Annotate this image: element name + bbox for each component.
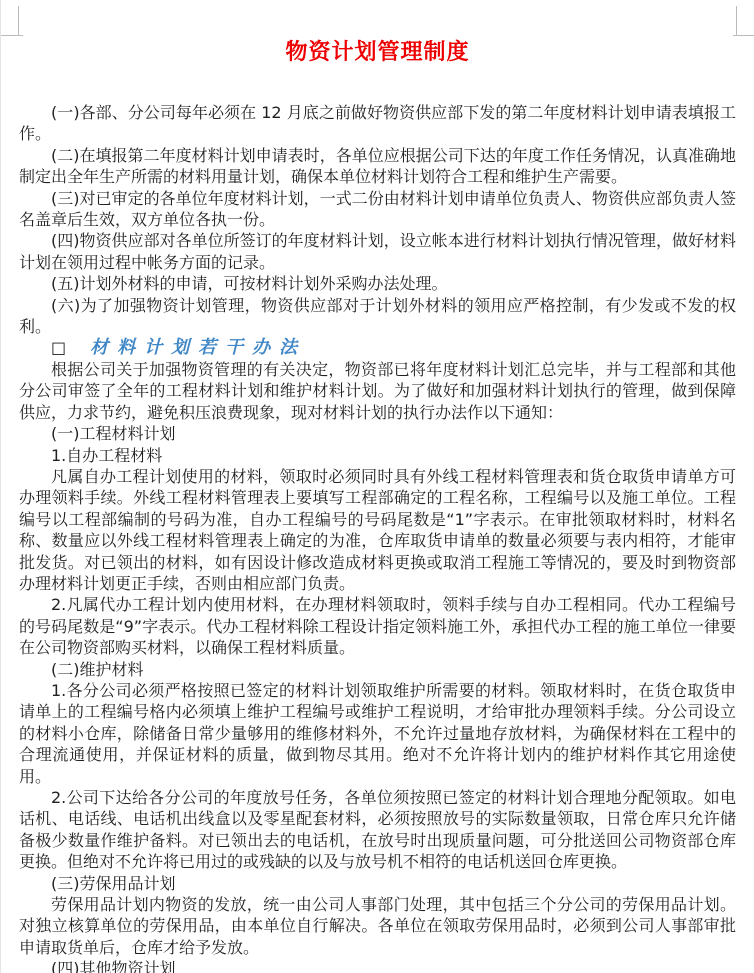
page-margin-mark-top-right-vertical	[736, 6, 737, 35]
paragraph: (六)为了加强物资计划管理，物资供应部对于计划外材料的领用应严格控制，有少发或不…	[19, 295, 736, 338]
paragraph: (二)在填报第二年度材料计划申请表时，各单位应根据公司下达的年度工作任务情况，认…	[19, 145, 736, 188]
paragraph: 2.凡属代办工程计划内使用材料，在办理材料领取时，领料手续与自办工程相同。代办工…	[19, 594, 736, 658]
paragraph: (二)维护材料	[19, 659, 736, 680]
document-page: 物资计划管理制度 (一)各部、分公司每年必须在 12 月底之前做好物资供应部下发…	[0, 0, 754, 973]
paragraph: 根据公司关于加强物资管理的有关决定，物资部已将年度材料计划汇总完毕，并与工程部和…	[19, 359, 736, 423]
paragraph: (一)各部、分公司每年必须在 12 月底之前做好物资供应部下发的第二年度材料计划…	[19, 102, 736, 145]
paragraph: 1.各分公司必须严格按照已签定的材料计划领取维护所需要的材料。领取材料时，在货仓…	[19, 680, 736, 787]
paragraph: (五)计划外材料的申请，可按材料计划外采购办法处理。	[19, 273, 736, 294]
paragraph: 2.公司下达给各分公司的年度放号任务，各单位须按照已签定的材料计划合理地分配领取…	[19, 787, 736, 873]
page-margin-mark-top-left-vertical	[18, 6, 19, 35]
paragraph: 劳保用品计划内物资的发放，统一由公司人事部门处理，其中包括三个分公司的劳保用品计…	[19, 894, 736, 958]
section-heading-row: □材料计划若干办法	[19, 337, 736, 358]
checkbox-bullet-icon: □	[51, 337, 66, 358]
paragraph: (四)物资供应部对各单位所签订的年度材料计划，设立帐本进行材料计划执行情况管理，…	[19, 230, 736, 273]
page-margin-mark-top-right-horizontal	[733, 35, 754, 36]
paragraph: (三)劳保用品计划	[19, 873, 736, 894]
paragraph: (三)对已审定的各单位年度材料计划，一式二份由材料计划申请单位负责人、物资供应部…	[19, 188, 736, 231]
paragraph: (一)工程材料计划	[19, 423, 736, 444]
section-heading-text: 材料计划若干办法	[90, 337, 306, 358]
page-margin-mark-top-left-horizontal	[1, 35, 23, 36]
paragraph: 凡属自办工程计划使用的材料，领取时必须同时具有外线工程材料管理表和货仓取货申请单…	[19, 466, 736, 594]
paragraph-partially-clipped: (四)其他物资计划	[19, 958, 736, 973]
document-title: 物资计划管理制度	[19, 39, 736, 66]
paragraph: 1.自办工程材料	[19, 445, 736, 466]
